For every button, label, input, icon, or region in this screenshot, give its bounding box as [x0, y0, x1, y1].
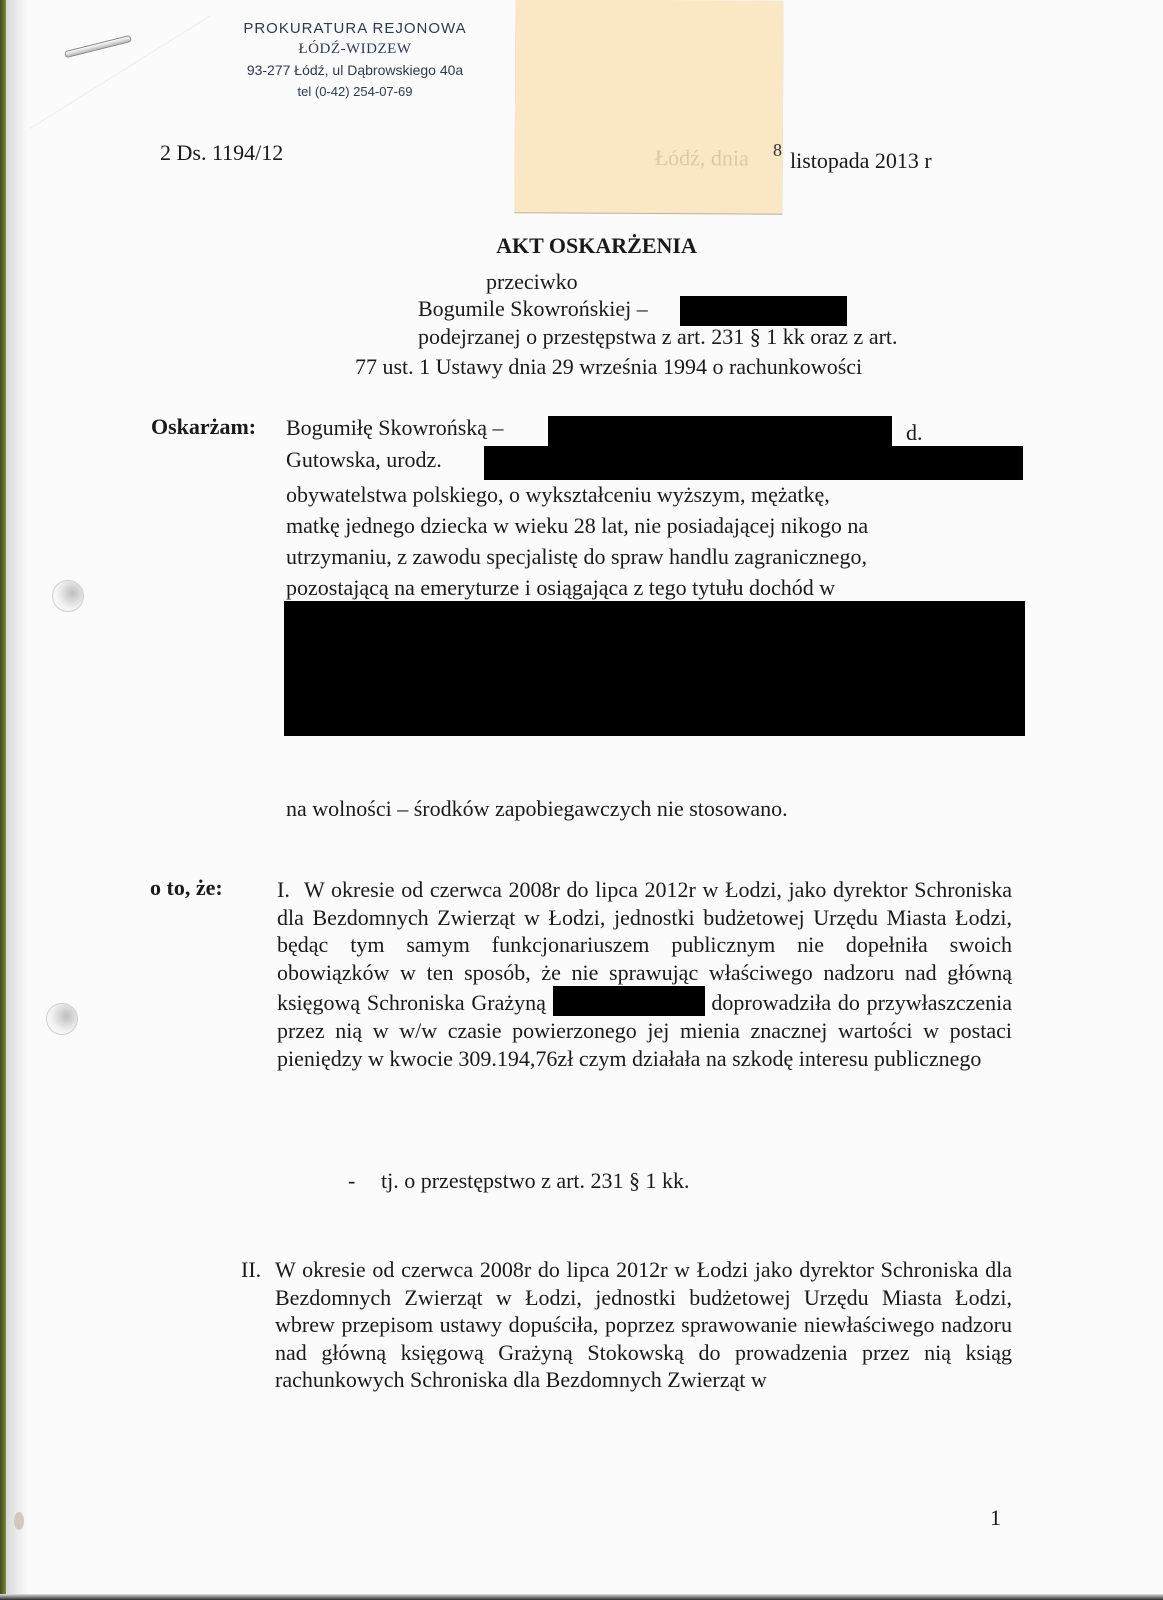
office-stamp: PROKURATURA REJONOWA ŁÓDŹ-WIDZEW 93-277 … — [210, 18, 500, 102]
scan-edge-bottom — [0, 1594, 1163, 1600]
accusation-line4: matkę jednego dziecka w wieku 28 lat, ni… — [286, 512, 868, 540]
redaction-box — [484, 446, 1023, 480]
title-charge-line1: podejrzanej o przestępstwa z art. 231 § … — [418, 323, 898, 351]
paper-crease — [30, 0, 210, 129]
stamp-office-name: PROKURATURA REJONOWA — [210, 18, 500, 39]
stamp-address: 93-277 Łódź, ul Dąbrowskiego 40a — [210, 60, 500, 81]
accusation-closing: na wolności – środków zapobiegawczych ni… — [286, 795, 788, 823]
title-against: przeciwko — [486, 268, 578, 296]
title-charge-line2: 77 ust. 1 Ustawy dnia 29 września 1994 o… — [355, 353, 862, 381]
redaction-box — [284, 601, 1025, 736]
document-title: AKT OSKARŻENIA — [0, 233, 1163, 259]
sticky-ghost-text: Łódź, dnia — [655, 145, 749, 171]
redaction-box — [680, 296, 847, 326]
redaction-box — [553, 986, 705, 1016]
accusation-line6: pozostającą na emeryturze i osiągająca z… — [286, 574, 835, 602]
accusation-line3: obywatelstwa polskiego, o wykształceniu … — [286, 481, 830, 509]
case-number: 2 Ds. 1194/12 — [160, 140, 283, 166]
accusation-label: Oskarżam: — [151, 414, 256, 440]
document-date: listopada 2013 r — [790, 148, 932, 174]
charge2-text: W okresie od czerwca 2008r do lipca 2012… — [275, 1256, 1012, 1394]
sticky-note: Łódź, dnia — [514, 0, 783, 214]
title-defendant: Bogumile Skowrońskiej – — [418, 295, 648, 323]
page-number: 1 — [990, 1505, 1001, 1531]
charge1-qualification-dash: - — [348, 1167, 355, 1195]
accusation-line5: utrzymaniu, z zawodu specjalistę do spra… — [286, 543, 867, 571]
punch-hole-icon — [52, 580, 84, 612]
stamp-phone: tel (0-42) 254-07-69 — [210, 81, 500, 102]
punch-hole-icon — [46, 1003, 78, 1035]
charge2-numeral: II. — [241, 1256, 261, 1284]
charge1-text: W okresie od czerwca 2008r do lipca 2012… — [277, 876, 1012, 1072]
accusation-line1-end: d. — [906, 419, 923, 447]
accusation-line1: Bogumiłę Skowrońską – — [286, 414, 504, 442]
charges-label: o to, że: — [150, 875, 223, 901]
stamp-district: ŁÓDŹ-WIDZEW — [210, 39, 500, 60]
charge1-qualification: tj. o przestępstwo z art. 231 § 1 kk. — [381, 1167, 690, 1195]
redaction-box — [548, 416, 892, 449]
date-handwritten-day: 8 — [773, 140, 782, 161]
paper-stain — [14, 1512, 24, 1530]
accusation-line2: Gutowska, urodz. — [286, 446, 442, 474]
